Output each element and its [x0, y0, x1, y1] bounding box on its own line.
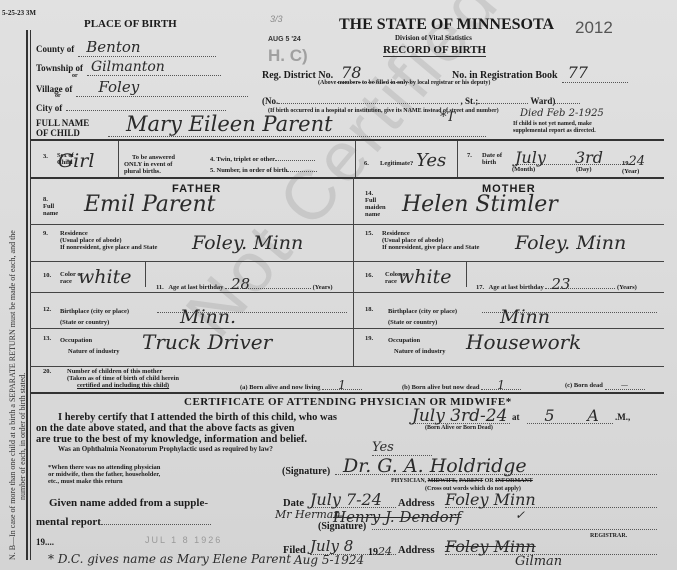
father-residence-num: 9.: [43, 230, 48, 237]
village-field: Village of Foley: [36, 78, 266, 97]
children-label-2: (Taken as of time of birth of child here…: [67, 375, 179, 382]
mother-age-unit: (Years): [617, 284, 637, 291]
children-label: Number of children of this mother (Taken…: [67, 368, 179, 389]
father-occupation: Truck Driver: [142, 330, 272, 354]
supplement-label-1: Given name added from a supple-: [49, 497, 208, 509]
order-value: [287, 171, 317, 172]
mother-color: white: [398, 266, 451, 288]
supplement-label-2: mental report: [36, 516, 211, 528]
year-caption: (Year): [622, 168, 639, 175]
father-birthplace-label-2: (State or country): [60, 317, 129, 328]
role-midwife: MIDWIFE,: [428, 478, 458, 484]
child-name-mark: *T: [440, 110, 455, 125]
plural-note: To be answered ONLY in event of plural b…: [124, 154, 175, 175]
reg-book-value: 77: [562, 63, 628, 83]
side-note: N. B—In case of more than one child at a…: [8, 230, 28, 560]
mother-birthplace-num: 18.: [365, 306, 373, 313]
mother-occupation-label-1: Occupation: [388, 335, 446, 346]
division-label: Division of Vital Statistics: [395, 34, 472, 42]
center-divider: [353, 177, 354, 367]
filed-address-correction: Gilman: [515, 554, 562, 569]
twin-label: 4. Twin, triplet or other: [210, 156, 275, 163]
mother-residence-label-2: (Usual place of abode): [382, 237, 479, 244]
signature-label: (Signature): [282, 466, 330, 477]
children-stillborn-field: (c) Born dead —: [565, 382, 645, 390]
father-residence: Foley. Minn: [192, 232, 303, 254]
mother-residence: Foley. Minn: [515, 232, 626, 254]
role-or: OR: [485, 478, 494, 484]
father-residence-label: Residence (Usual place of abode) If nonr…: [60, 230, 157, 251]
township-field: Township of Gilmanton: [36, 58, 256, 76]
certificate-line1: I hereby certify that I attended the bir…: [58, 412, 337, 423]
full-name-label: FULL NAME OF CHILD: [36, 118, 89, 138]
twin-field: 4. Twin, triplet or other: [210, 156, 315, 163]
father-age: 28: [225, 281, 311, 289]
born-note: (Born Alive or Born Dead): [425, 425, 493, 431]
children-label-1: Number of children of this mother: [67, 368, 179, 375]
month-caption: (Month): [512, 166, 535, 173]
plural-note-line2: ONLY in event of: [124, 161, 175, 168]
father-name: Emil Parent: [84, 192, 215, 217]
children-stillborn-label: (c) Born dead: [565, 382, 603, 389]
full-name-label-line1: FULL NAME: [36, 118, 89, 128]
mother-residence-num: 15.: [365, 230, 373, 237]
check-mark: ✓: [515, 508, 525, 522]
father-birthplace-label-1: Birthplace (city or place): [60, 306, 129, 317]
divider: [457, 141, 458, 177]
children-alive-label: (a) Born alive and now living: [240, 384, 320, 391]
mother-occupation-num: 19.: [365, 335, 373, 342]
mother-name-label-1: Full: [365, 197, 386, 204]
dob-day: 3rd: [575, 148, 603, 167]
father-age-label: Age at last birthday: [168, 284, 223, 291]
form-code: 5-25-23 3M: [2, 9, 36, 17]
children-dead-field: (b) Born alive but now dead 1: [402, 382, 521, 391]
certificate-line3: are true to the best of my knowledge, in…: [36, 434, 307, 445]
footnote: *When there was no attending physician o…: [48, 464, 160, 485]
rule: [30, 224, 664, 225]
father-age-field: 11. Age at last birthday 28 (Years): [156, 281, 333, 291]
died-note: Died Feb 2-1925: [520, 108, 604, 119]
divider: [118, 141, 119, 177]
bottom-date: Aug 5-1924: [294, 553, 364, 567]
mother-name-label-2: maiden: [365, 204, 386, 211]
dob-month: July: [515, 148, 546, 167]
rule: [30, 392, 664, 394]
role-informant: INFORMANT: [495, 478, 533, 484]
township-value: Gilmanton: [87, 59, 221, 76]
role-physician: PHYSICIAN,: [391, 478, 426, 484]
filed-address-label: Address: [398, 545, 435, 556]
not-named-note: If child is not yet named, make suppleme…: [513, 121, 596, 135]
physician-signature: Dr. G. A. Holdridge: [343, 455, 527, 477]
received-stamp: JUL 1 8 1926: [145, 535, 222, 545]
supplement-year: 19....: [36, 537, 54, 547]
prophylactic-label: Was an Ophthalmia Neonatorum Prophylacti…: [58, 446, 273, 453]
birth-ampm: A: [573, 406, 613, 424]
children-stillborn: —: [605, 382, 645, 390]
address-no-row: (No. , St.; Ward): [262, 96, 580, 106]
cert-address: Foley Minn: [445, 490, 657, 508]
father-name-label-1: Full: [43, 203, 58, 210]
dob-label: Date of birth: [482, 152, 502, 166]
registrar-signature-label: (Signature): [318, 521, 366, 532]
full-name-label-line2: OF CHILD: [36, 128, 89, 138]
dob-value: July 3rd: [515, 148, 635, 165]
mother-name-label: 14. Full maiden name: [365, 190, 386, 218]
bottom-note: * D.C. gives name as Mary Elene Parent: [48, 552, 291, 566]
mother-birthplace: Minn: [500, 306, 550, 328]
filed-year-value: 24: [378, 545, 392, 558]
left-border-inner: [30, 30, 31, 560]
footnote-line3: etc., must make this return: [48, 478, 160, 485]
children-num: 20.: [43, 368, 51, 375]
children-alive-field: (a) Born alive and now living 1: [240, 382, 362, 391]
not-named-note-line1: If child is not yet named, make: [513, 121, 596, 128]
children-dead: 1: [481, 382, 521, 390]
date-stamp: AUG 5 '24: [268, 36, 301, 43]
rule: [30, 328, 664, 329]
child-full-name: Mary Eileen Parent: [108, 112, 486, 137]
mother-age-label: Age at last birthday: [489, 284, 544, 291]
mother-occupation: Housework: [466, 330, 581, 354]
ward-label: Ward): [530, 96, 555, 106]
order-label: 5. Number, in order of birth: [210, 167, 287, 174]
twin-value: [275, 160, 315, 161]
side-note-line1: N. B—In case of more than one child at a…: [8, 230, 18, 560]
certificate-line2: on the date above stated, and that the a…: [36, 423, 294, 434]
role-label: PHYSICIAN, MIDWIFE, PARENT OR INFORMANT: [391, 478, 533, 484]
county-field: County of Benton: [36, 38, 236, 57]
cert-date: July 7-24: [310, 490, 396, 508]
supplement-label-2-text: mental report: [36, 516, 101, 528]
father-name-label-2: name: [43, 210, 58, 217]
mother-age-field: 17. Age at last birthday 23 (Years): [476, 281, 637, 291]
mother-name-label-3: name: [365, 211, 386, 218]
father-residence-label-1: Residence: [60, 230, 157, 237]
birth-record-document: Not Certified N. B—In case of more than …: [0, 0, 677, 570]
dob-num: 7.: [467, 152, 472, 159]
father-occupation-label-1: Occupation: [60, 335, 120, 346]
record-title: RECORD OF BIRTH: [383, 44, 486, 57]
mother-residence-label-3: If nonresident, give place and State: [382, 244, 479, 251]
township-label: Township of: [36, 63, 83, 73]
rule: [30, 292, 664, 293]
mother-name-num: 14.: [365, 190, 386, 197]
father-occupation-label: Occupation Nature of industry: [60, 335, 120, 357]
rule: [30, 177, 664, 179]
mother-birthplace-label-2: (State or country): [388, 317, 457, 328]
mother-residence-label-1: Residence: [382, 230, 479, 237]
city-value: [66, 100, 226, 111]
rule: [30, 366, 664, 367]
supplement-value: [101, 524, 211, 525]
prophylactic-value: Yes: [372, 440, 432, 456]
sex-value: Girl: [58, 150, 94, 172]
no-label: (No.: [262, 96, 278, 106]
mother-birthplace-label: Birthplace (city or place) (State or cou…: [388, 306, 457, 328]
father-birthplace-num: 12.: [43, 306, 51, 313]
at-label: at: [512, 412, 520, 422]
father-name-label: 8. Full name: [43, 196, 58, 217]
legit-label: Legitimate?: [380, 160, 413, 167]
certificate-number: 2012: [575, 18, 613, 38]
mother-age-num: 17.: [476, 284, 484, 291]
role-parent: PARENT: [459, 478, 483, 484]
dob-label-line1: Date of: [482, 152, 502, 159]
father-residence-label-3: If nonresident, give place and State: [60, 244, 157, 251]
no-value: [278, 103, 458, 104]
order-field: 5. Number, in order of birth: [210, 167, 317, 174]
not-named-note-line2: supplemental report as directed.: [513, 128, 596, 135]
registrar-prefix: Mr Herman: [275, 508, 340, 521]
father-color: white: [78, 266, 131, 288]
dob-label-line2: birth: [482, 159, 502, 166]
mother-age: 23: [545, 281, 615, 289]
state-title: THE STATE OF MINNESOTA: [339, 16, 554, 34]
registrar-note: (Above numbers to be filled in only by l…: [318, 80, 490, 86]
father-birthplace-label: Birthplace (city or place) (State or cou…: [60, 306, 129, 328]
legit-value: Yes: [416, 150, 446, 171]
dob-year-value: 24: [629, 154, 646, 169]
top-number-stamp: 3/3: [270, 14, 283, 24]
plural-note-line1: To be answered: [124, 154, 175, 161]
place-of-birth-heading: PLACE OF BIRTH: [84, 18, 177, 30]
city-label: City of: [36, 103, 62, 113]
footnote-line2: or midwife, then the father, householder…: [48, 471, 160, 478]
father-occupation-num: 13.: [43, 335, 51, 342]
ward-value: [555, 103, 580, 104]
birth-time: 5: [527, 406, 572, 424]
m-label: .M.,: [615, 412, 630, 422]
father-residence-label-2: (Usual place of abode): [60, 237, 157, 244]
rule: [30, 139, 664, 141]
footnote-line1: *When there was no attending physician: [48, 464, 160, 471]
village-value: Foley: [76, 78, 248, 97]
mother-residence-label: Residence (Usual place of abode) If nonr…: [382, 230, 479, 251]
father-color-num: 10.: [43, 272, 51, 279]
sex-num: 3.: [43, 153, 48, 160]
plural-note-line3: plural births.: [124, 168, 175, 175]
st-value: [478, 103, 528, 104]
mother-name: Helen Stimler: [402, 192, 558, 217]
county-label: County of: [36, 44, 74, 54]
legit-num: 6.: [364, 160, 369, 167]
father-age-num: 11.: [156, 284, 164, 291]
left-border: [26, 30, 28, 560]
filed-address: Foley Minn: [445, 537, 657, 555]
father-birthplace: Minn.: [180, 306, 236, 328]
mother-occupation-label: Occupation Nature of industry: [388, 335, 446, 357]
mother-occupation-label-2: Nature of industry: [388, 346, 446, 357]
mother-birthplace-label-1: Birthplace (city or place): [388, 306, 457, 317]
children-dead-label: (b) Born alive but now dead: [402, 384, 479, 391]
father-age-unit: (Years): [313, 284, 333, 291]
divider: [466, 261, 467, 287]
children-alive: 1: [322, 382, 362, 390]
county-value: Benton: [78, 38, 216, 57]
dob-year: 1924: [622, 158, 645, 167]
mother-color-num: 16.: [365, 272, 373, 279]
filed-year-prefix: 19: [368, 547, 378, 558]
st-label: , St.;: [461, 96, 479, 106]
divider: [145, 261, 146, 287]
dots: [372, 529, 657, 530]
rule: [30, 261, 664, 262]
father-occupation-label-2: Nature of industry: [60, 346, 120, 357]
filed-year: 1924: [368, 545, 392, 558]
birth-date-certified: July 3rd-24: [412, 406, 510, 424]
divider: [355, 141, 356, 177]
day-caption: (Day): [576, 166, 592, 173]
children-label-3: certified and including this child): [67, 382, 179, 389]
father-name-num: 8.: [43, 196, 58, 203]
